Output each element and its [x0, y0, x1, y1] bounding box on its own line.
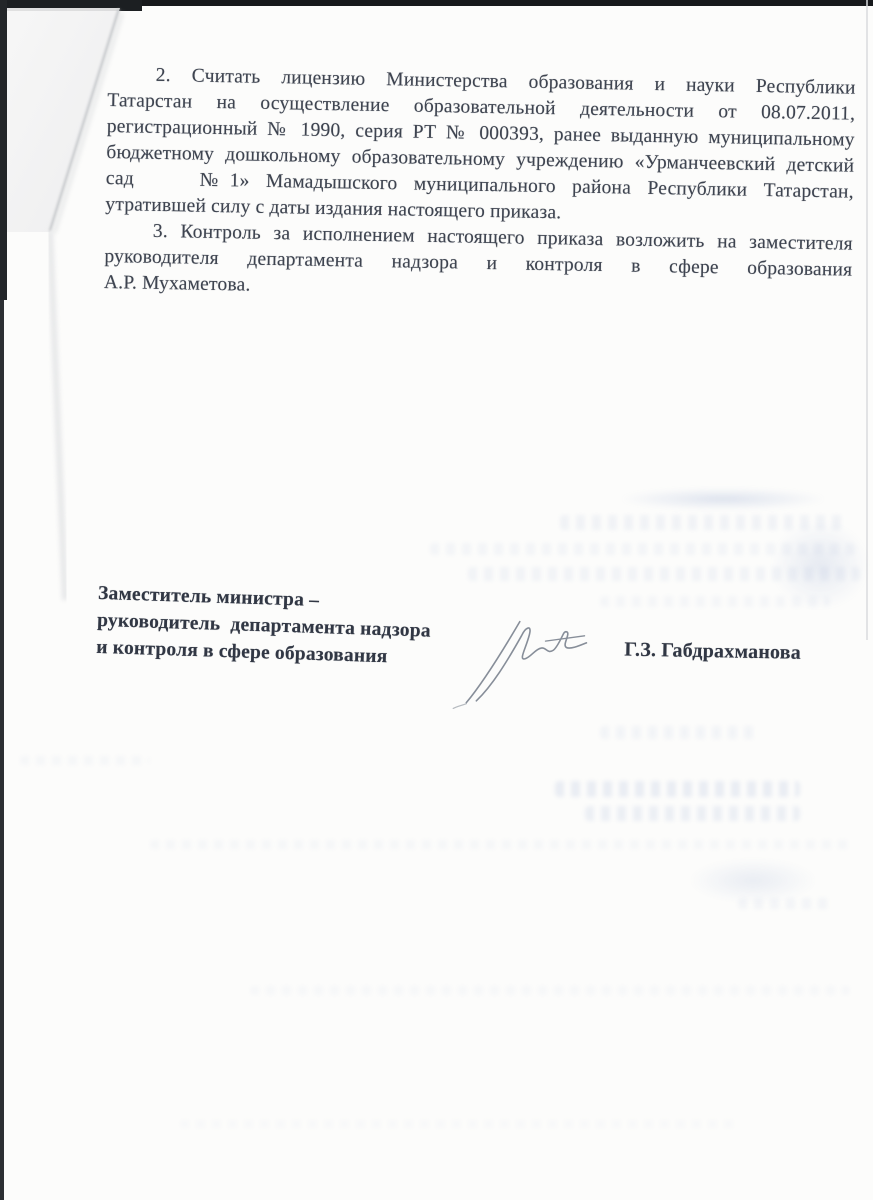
- bleedthrough-artifact: [250, 986, 850, 995]
- scanned-page: 2. Считать лицензию Министерства образов…: [0, 0, 873, 1200]
- signatory-title: Заместитель министра – руководитель депа…: [96, 580, 458, 673]
- scan-edge-top-left: [0, 0, 142, 11]
- bleedthrough-artifact: [20, 756, 150, 765]
- bleedthrough-artifact: [150, 840, 850, 849]
- signature-area: Заместитель министра – руководитель депа…: [96, 296, 852, 730]
- bleedthrough-artifact: [585, 806, 800, 821]
- bleedthrough-artifact: [600, 726, 760, 739]
- bleedthrough-artifact: [555, 781, 800, 797]
- scan-edge-left-top: [0, 0, 7, 300]
- bleedthrough-artifact: [180, 1120, 740, 1128]
- handwritten-signature: [448, 602, 600, 717]
- signatory-name: Г.З. Габдрахманова: [624, 637, 801, 666]
- bleedthrough-artifact: [738, 898, 833, 909]
- document-body: 2. Считать лицензию Министерства образов…: [96, 62, 856, 730]
- bleedthrough-artifact: [688, 858, 818, 903]
- bleedthrough-artifact: [600, 596, 830, 607]
- bleedthrough-artifact: [618, 488, 828, 510]
